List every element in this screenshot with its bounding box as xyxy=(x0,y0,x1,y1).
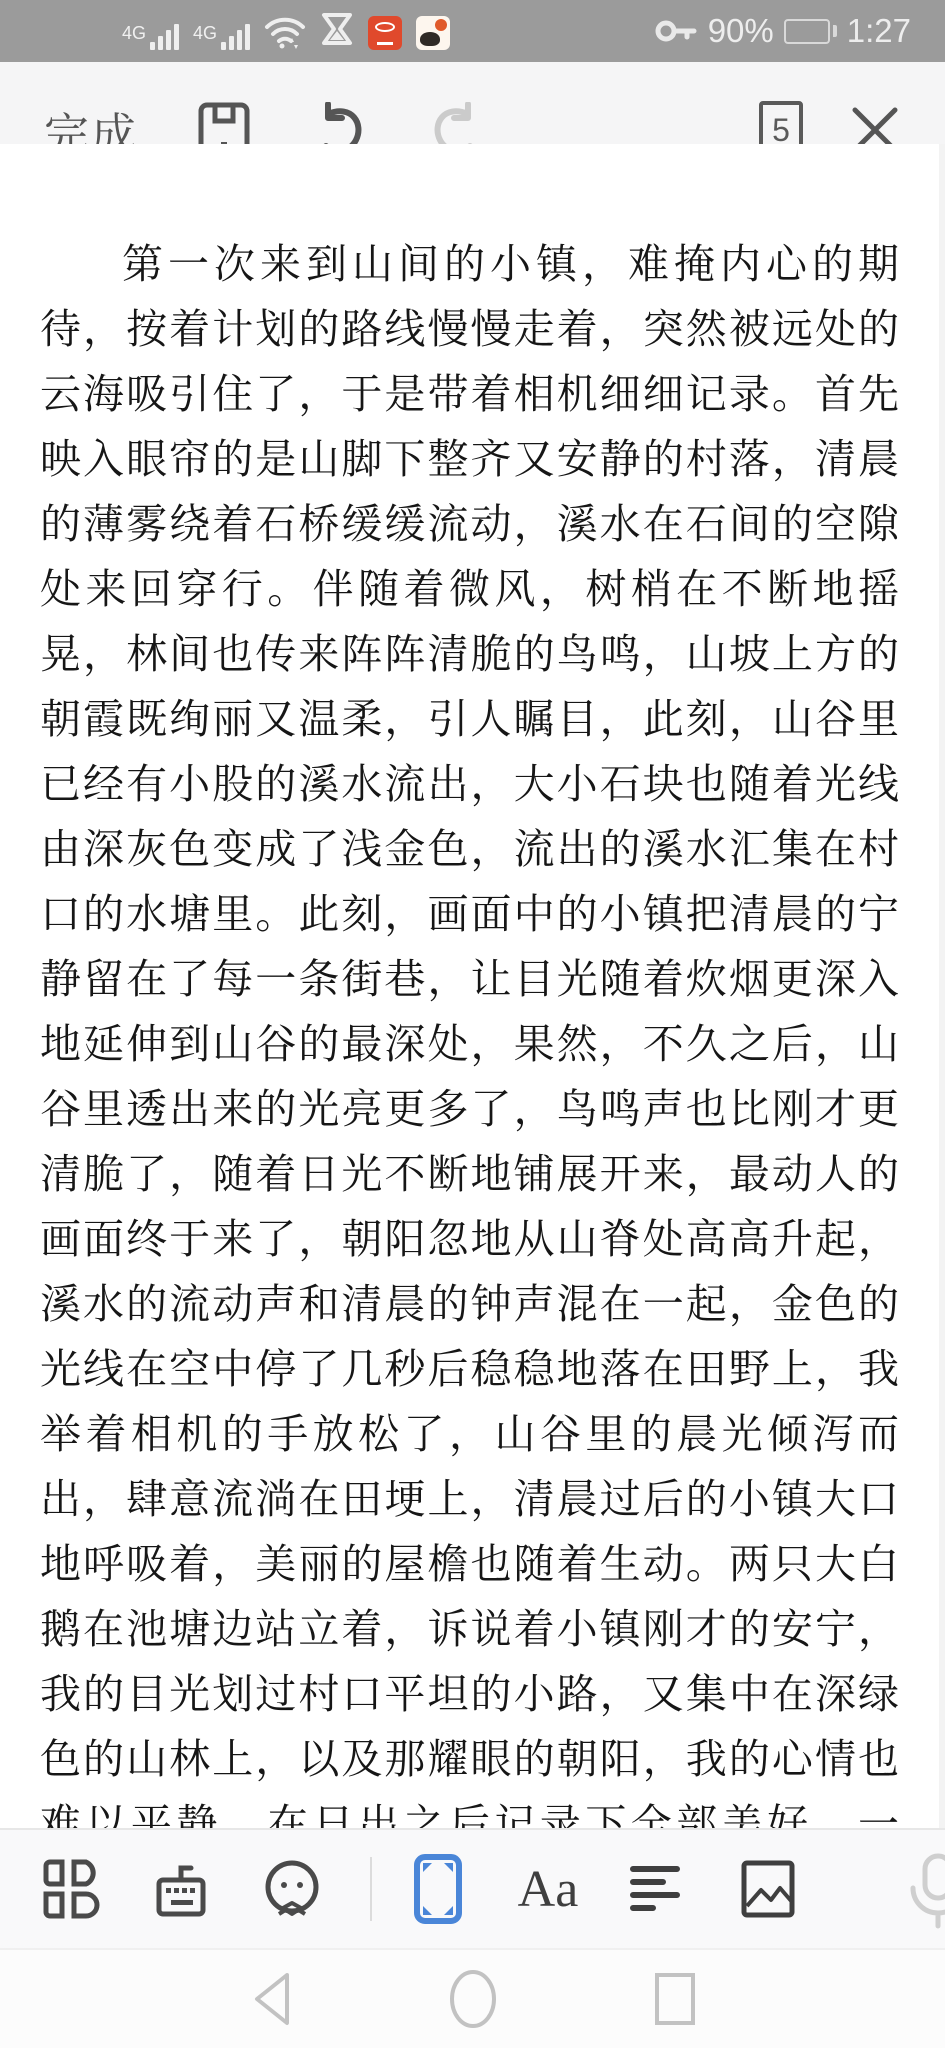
network-type-label: 4G xyxy=(122,24,146,42)
battery-icon xyxy=(784,19,837,44)
key-icon xyxy=(654,18,698,44)
image-icon xyxy=(739,1858,797,1920)
recents-button[interactable] xyxy=(642,1966,708,2032)
hourglass-icon xyxy=(320,12,354,50)
phone-screen: 4G 4G xyxy=(0,0,945,2048)
image-insert-button[interactable] xyxy=(730,1851,806,1927)
app-notification-icon xyxy=(368,16,402,50)
keyboard-button[interactable] xyxy=(144,1851,220,1927)
recents-icon xyxy=(653,1971,697,2027)
tools-grid-button[interactable] xyxy=(34,1851,110,1927)
document-paragraph[interactable]: 第一次来到山间的小镇，难掩内心的期待，按着计划的路线慢慢走着，突然被远处的云海吸… xyxy=(40,232,899,1828)
android-nav-bar xyxy=(0,1948,945,2048)
signal-icon: 4G xyxy=(122,24,179,50)
status-bar: 4G 4G xyxy=(0,0,945,62)
network-type-label: 4G xyxy=(193,24,217,42)
microphone-button[interactable] xyxy=(905,1852,945,1930)
toolbar-divider xyxy=(370,1857,372,1921)
app-notification-icon xyxy=(416,16,450,50)
back-button[interactable] xyxy=(238,1966,304,2032)
battery-percent-label: 90% xyxy=(708,12,774,50)
wifi-icon xyxy=(264,14,306,50)
signal-icon: 4G xyxy=(193,24,250,50)
format-toolbar: Aa xyxy=(0,1828,945,1948)
paragraph-align-icon xyxy=(629,1863,687,1915)
selection-frame-icon xyxy=(413,1853,463,1925)
page-count-label: 5 xyxy=(772,112,790,149)
emoji-icon xyxy=(261,1858,323,1920)
home-button[interactable] xyxy=(440,1966,506,2032)
selection-frame-button[interactable] xyxy=(400,1851,476,1927)
keyboard-icon xyxy=(151,1858,213,1920)
microphone-icon xyxy=(905,1852,945,1930)
back-icon xyxy=(249,1971,293,2027)
emoji-button[interactable] xyxy=(254,1851,330,1927)
font-format-button[interactable]: Aa xyxy=(510,1851,586,1927)
document-page[interactable]: 第一次来到山间的小镇，难掩内心的期待，按着计划的路线慢慢走着，突然被远处的云海吸… xyxy=(0,144,945,1828)
home-icon xyxy=(447,1969,499,2029)
tools-grid-icon xyxy=(41,1858,103,1920)
clock-label: 1:27 xyxy=(847,12,911,50)
font-format-icon: Aa xyxy=(518,1860,579,1919)
paragraph-align-button[interactable] xyxy=(620,1851,696,1927)
